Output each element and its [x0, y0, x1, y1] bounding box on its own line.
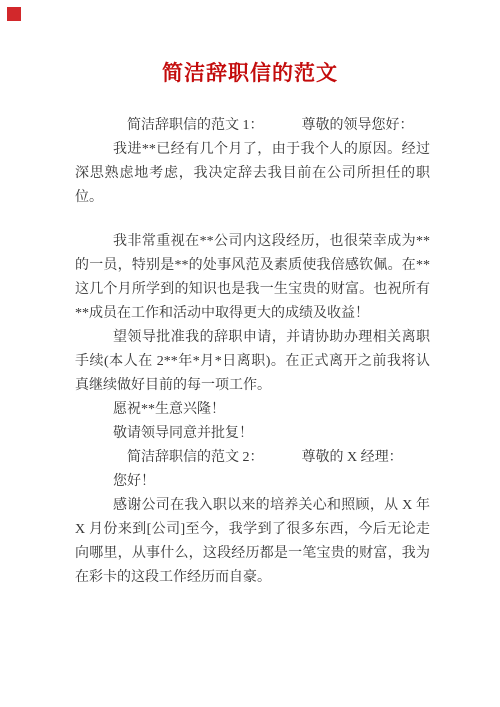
paragraph: 望领导批准我的辞职申请，并请协助办理相关离职手续(本人在 2**年*月*日离职)…: [75, 326, 430, 398]
paragraph: 敬请领导同意并批复！: [75, 422, 430, 446]
paragraph: 我进**已经有几个月了，由于我个人的原因。经过深思熟虑地考虑，我决定辞去我目前在…: [75, 138, 430, 210]
paragraph: 我非常重视在**公司内这段经历，也很荣幸成为**的一员，特别是**的处事风范及素…: [75, 230, 430, 326]
paragraph: 您好！: [75, 470, 430, 494]
page-title: 简洁辞职信的范文: [0, 0, 500, 87]
document-page: 简洁辞职信的范文 简洁辞职信的范文 1：尊敬的领导您好： 我进**已经有几个月了…: [0, 0, 500, 707]
red-corner-marker: [7, 7, 21, 21]
document-body: 简洁辞职信的范文 1：尊敬的领导您好： 我进**已经有几个月了，由于我个人的原因…: [0, 114, 500, 590]
section1-salutation: 尊敬的领导您好：: [302, 118, 414, 133]
section1-header: 简洁辞职信的范文 1：尊敬的领导您好：: [75, 114, 430, 138]
paragraph: 感谢公司在我入职以来的培养关心和照顾，从 X 年 X 月份来到[公司]至今，我学…: [75, 494, 430, 590]
section1-label: 简洁辞职信的范文 1：: [127, 118, 264, 133]
section2-salutation: 尊敬的 X 经理：: [302, 450, 403, 465]
paragraph: 愿祝**生意兴隆！: [75, 398, 430, 422]
section2-header: 简洁辞职信的范文 2：尊敬的 X 经理：: [75, 446, 430, 470]
section2-label: 简洁辞职信的范文 2：: [127, 450, 264, 465]
